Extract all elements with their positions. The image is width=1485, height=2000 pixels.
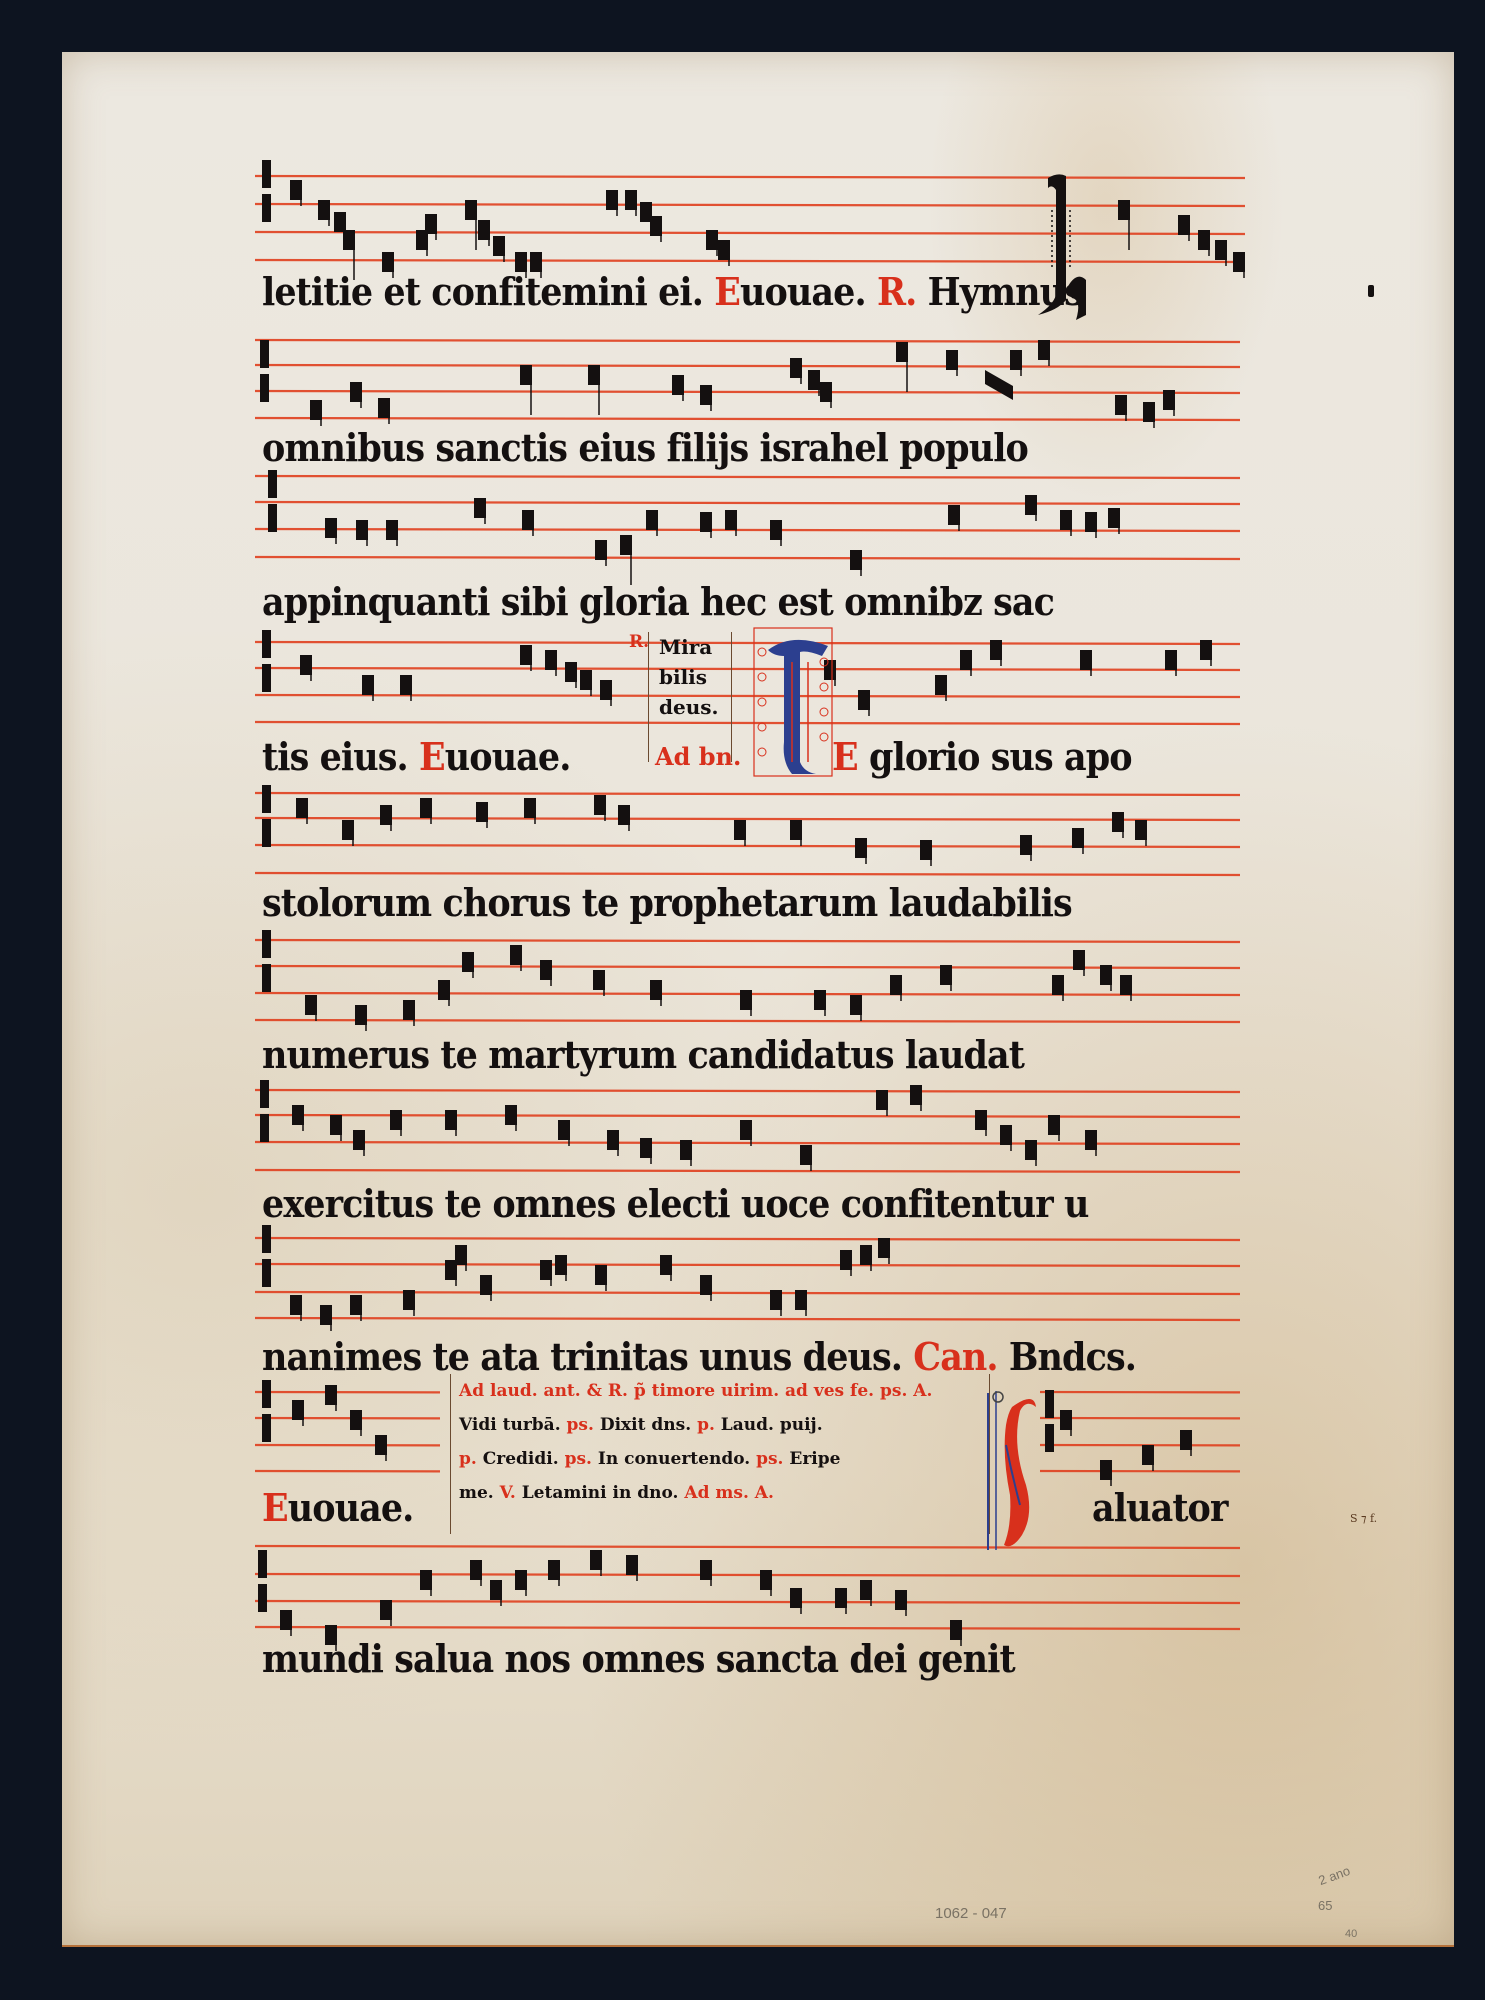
rubric-text: V. — [500, 1483, 522, 1503]
ad-benedictus-rubric: Ad bn. — [655, 742, 741, 771]
margin-dot — [1368, 285, 1374, 297]
chant-text: exercitus te omnes electi uoce confitent… — [262, 1181, 1088, 1226]
rubric-text: E — [262, 1485, 288, 1530]
incipit-text: idi turbā. — [472, 1415, 567, 1435]
chant-text-line-3: appinquanti sibi gloria hec est omnibz s… — [262, 578, 1054, 626]
response-mark: R. — [629, 632, 649, 652]
chant-text: appinquanti sibi gloria hec est omnibz s… — [262, 579, 1054, 624]
incipit-text: Letamini in dno. — [522, 1483, 685, 1503]
rubric-text: R. — [877, 269, 928, 314]
chant-text: stolorum chorus te prophetarum laudabili… — [262, 880, 1072, 925]
chant-text-line-8: exercitus te omnes electi uoce confitent… — [262, 1180, 1088, 1228]
chant-text-line-11: aluator — [1092, 1484, 1227, 1532]
incipit-text: Dixit dns. — [600, 1415, 697, 1435]
chant-text: glorio sus apo — [858, 734, 1132, 779]
chant-text-line-5: E glorio sus apo — [832, 733, 1132, 781]
rubric-text: Ad ms. A. — [684, 1483, 774, 1503]
chant-text-line-4: tis eius. Euouae. — [262, 733, 571, 781]
chant-text-line-12: mundi salua nos omnes sancta dei genit — [262, 1635, 1015, 1683]
chant-text-line-7: numerus te martyrum candidatus laudat — [262, 1031, 1024, 1079]
incipit-text: me. — [459, 1483, 500, 1503]
rubric-line-2: Vidi turbā. ps. Dixit dns. p. Laud. puij… — [459, 1408, 989, 1442]
chant-text: aluator — [1092, 1485, 1227, 1530]
right-margin-note: S ⁊ f. — [1350, 1512, 1377, 1525]
rubric-text: p. — [697, 1415, 721, 1435]
rubric-block: Ad laud. ant. & R. p̃ timore uirim. ad v… — [450, 1374, 990, 1534]
pencil-shelfmark: 1062 - 047 — [935, 1905, 1007, 1922]
initial-t-te-gloriosus — [752, 622, 834, 780]
initial-t-icon — [752, 622, 834, 780]
initial-h-hymnus — [1028, 170, 1088, 320]
chant-text: tis eius. — [262, 734, 419, 779]
rubric-text: Ad laud. ant. & R. p̃ timore uirim. ad v… — [459, 1381, 932, 1401]
mirabilis-line-1: Mira — [659, 632, 718, 662]
chant-text: nanimes te ata trinitas unus deus. — [262, 1334, 913, 1379]
incipit-text: Eripe — [789, 1449, 840, 1469]
rubric-text: Can. — [913, 1334, 1009, 1379]
incipit-text: In conuertendo. — [598, 1449, 756, 1469]
chant-text: Bndcs. — [1009, 1334, 1136, 1379]
incipit-text: Credidi. — [483, 1449, 565, 1469]
rubric-line-4: me. V. Letamini in dno. Ad ms. A. — [459, 1476, 989, 1510]
pencil-corner-note-2: 65 — [1318, 1898, 1332, 1913]
chant-text: uouae. — [445, 734, 571, 779]
chant-text-line-6: stolorum chorus te prophetarum laudabili… — [262, 879, 1072, 927]
pencil-corner-note-3: 40 — [1345, 1928, 1357, 1940]
initial-s-icon — [982, 1385, 1038, 1555]
mirabilis-line-3: deus. — [659, 692, 718, 722]
chant-text: omnibus sanctis eius filijs israhel popu… — [262, 425, 1028, 470]
chant-text: numerus te martyrum candidatus laudat — [262, 1032, 1024, 1077]
rubric-text: ps. — [756, 1449, 789, 1469]
rubric-text: p. — [459, 1449, 483, 1469]
chant-text: mundi salua nos omnes sancta dei genit — [262, 1636, 1015, 1681]
chant-text: uouae. — [740, 269, 877, 314]
rubric-text: ps. — [565, 1449, 598, 1469]
chant-text: letitie et confitemini ei. — [262, 269, 714, 314]
initial-s-saluator — [982, 1385, 1038, 1555]
rubric-text: E — [832, 734, 858, 779]
rubric-text: E — [714, 269, 740, 314]
chant-text-line-2: omnibus sanctis eius filijs israhel popu… — [262, 424, 1028, 472]
rubric-text: ps. — [567, 1415, 600, 1435]
incipit-text: Laud. puij. — [721, 1415, 823, 1435]
chant-text-layer: letitie et confitemini ei. Euouae. R. Hy… — [0, 0, 1485, 2000]
chant-text-line-10: Euouae. — [262, 1484, 413, 1532]
chant-text-line-1: letitie et confitemini ei. Euouae. R. Hy… — [262, 268, 1083, 316]
rubric-line-1: Ad laud. ant. & R. p̃ timore uirim. ad v… — [459, 1374, 989, 1408]
chant-text: uouae. — [288, 1485, 414, 1530]
mirabilis-line-2: bilis — [659, 662, 718, 692]
incipit-text: V — [459, 1415, 472, 1435]
initial-h-icon — [1028, 170, 1088, 320]
rubric-text: E — [419, 734, 445, 779]
rubric-line-3: p. Credidi. ps. In conuertendo. ps. Erip… — [459, 1442, 989, 1476]
